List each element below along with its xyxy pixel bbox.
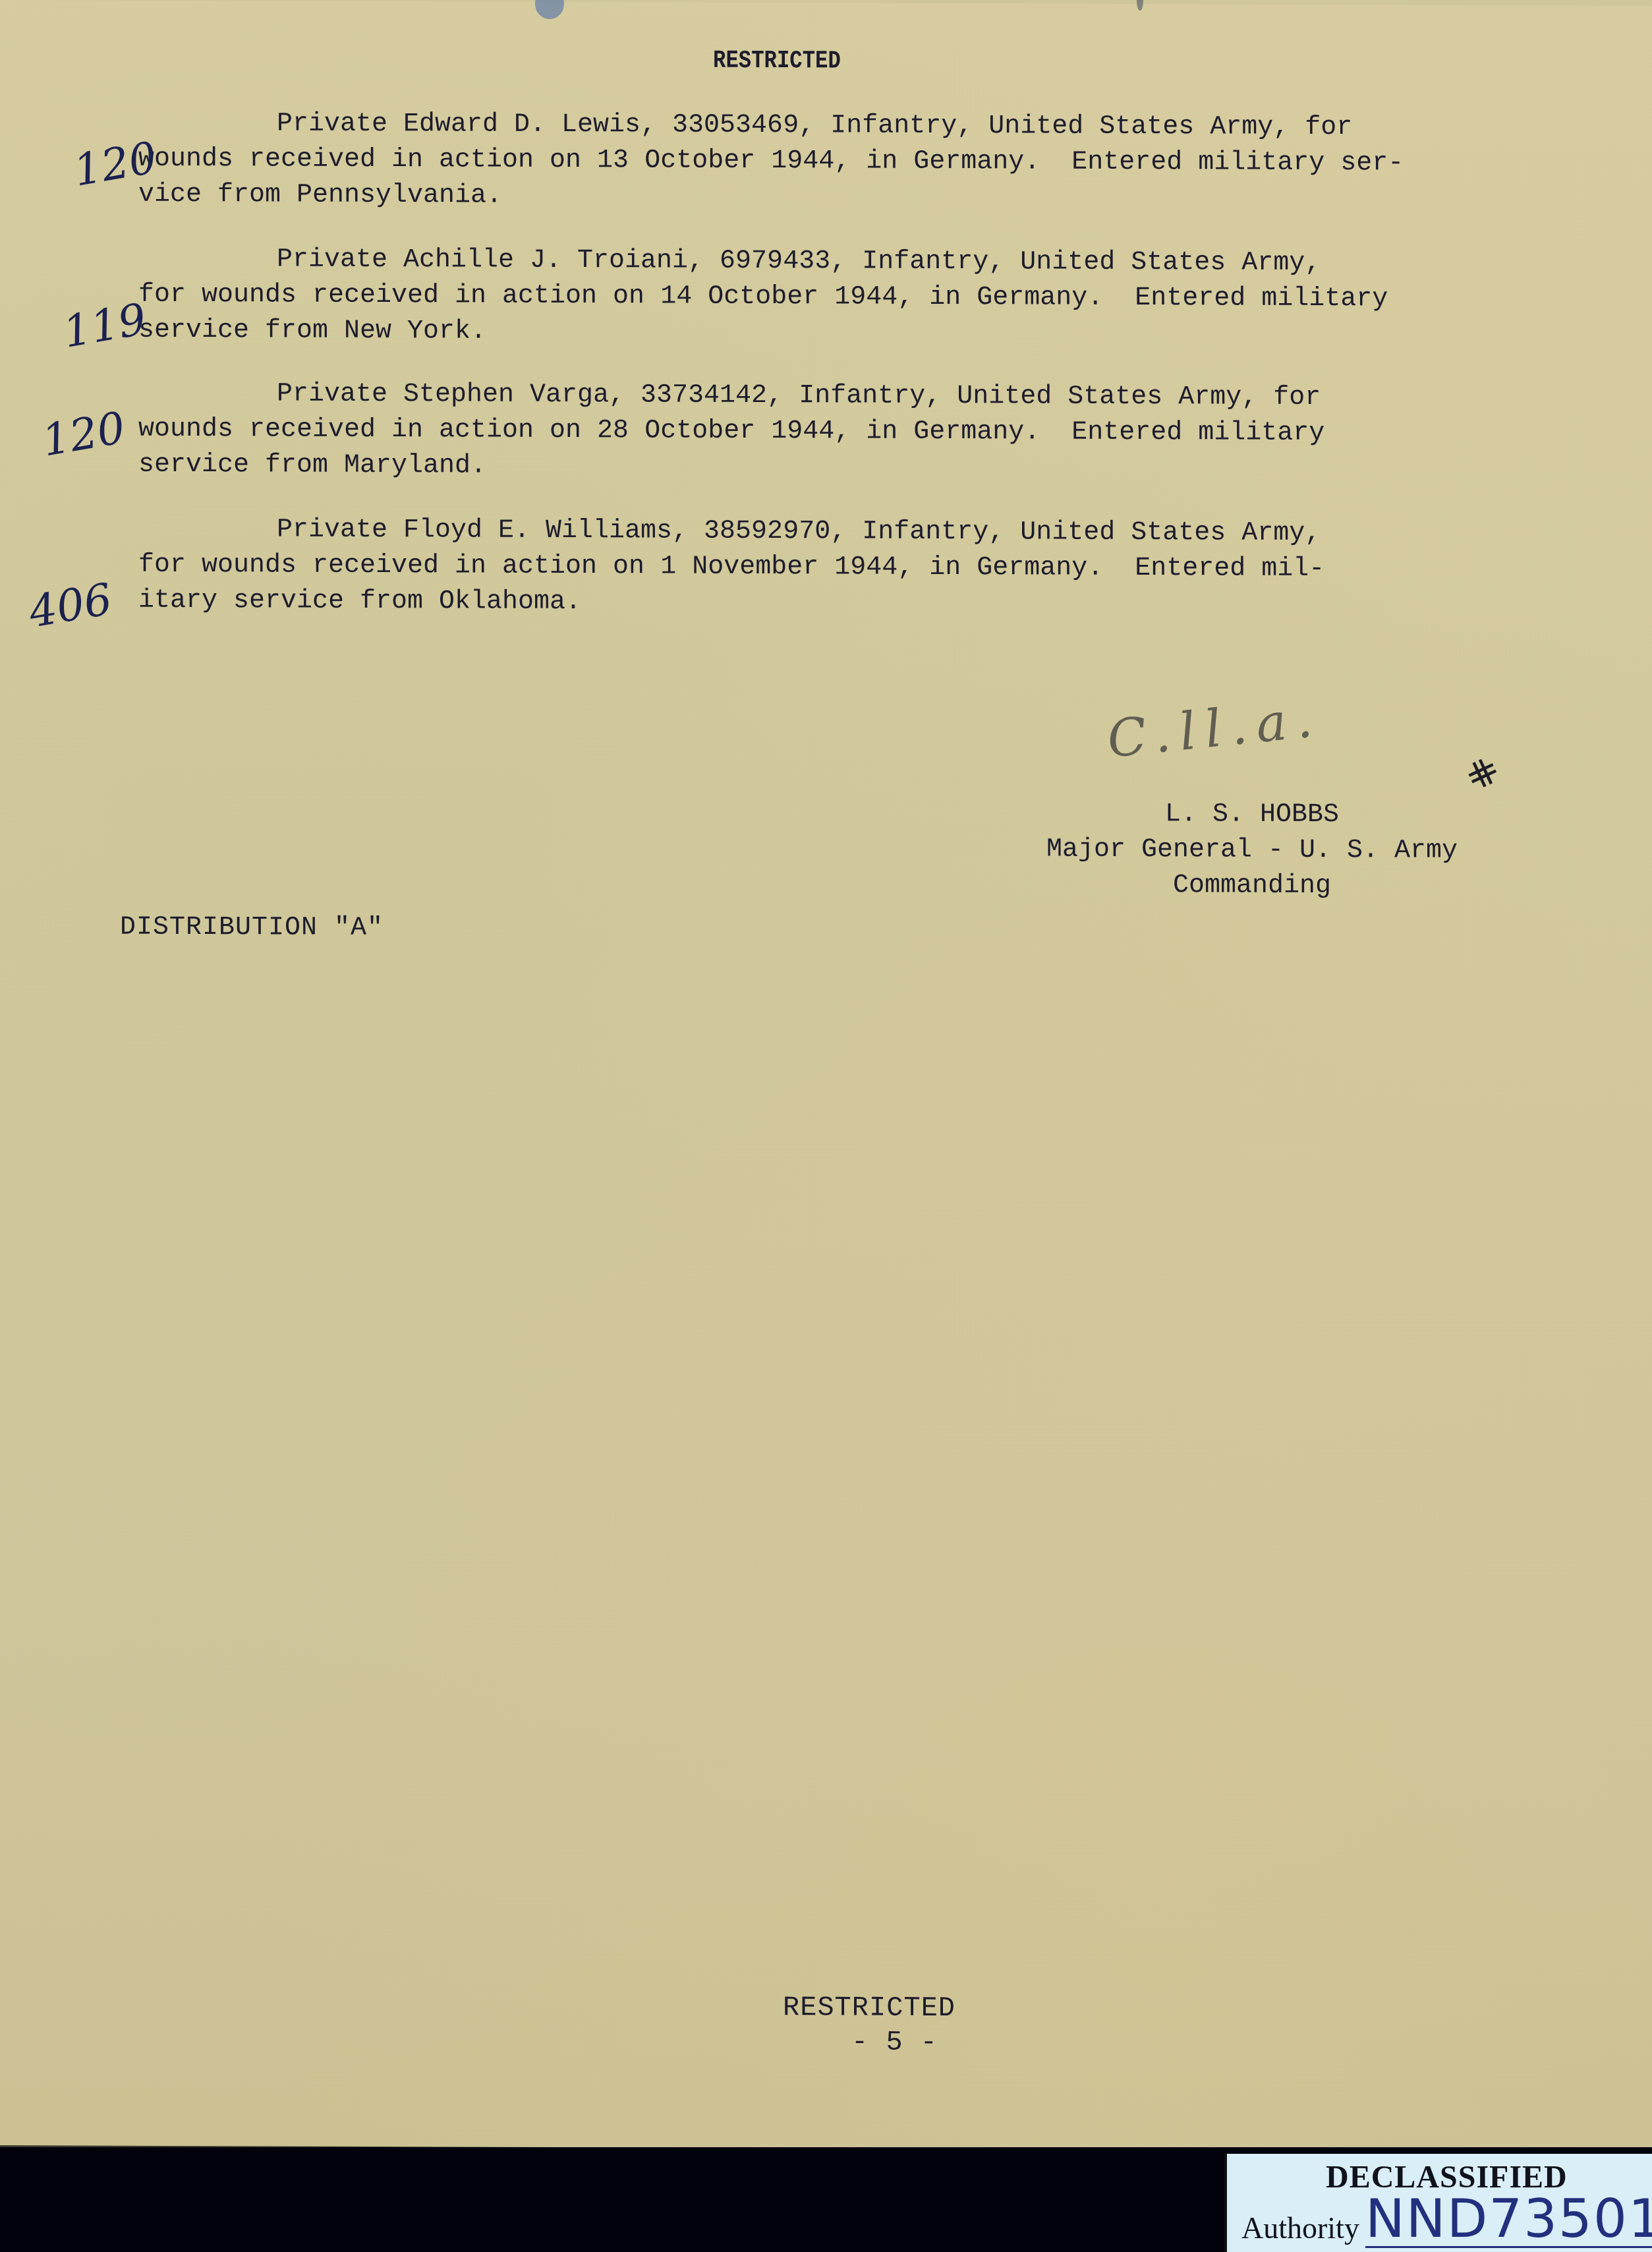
citation-line: Private Achille J. Troiani, 6979433, Inf… — [138, 242, 1555, 283]
citation-line: itary service from Oklahoma. — [138, 583, 1555, 624]
authority-label: Authority — [1241, 2210, 1359, 2245]
citation-line: wounds received in action on 13 October … — [138, 142, 1555, 183]
citation-line: Private Floyd E. Williams, 38592970, Inf… — [138, 512, 1555, 553]
authentication-mark-icon: ⨳ — [1460, 743, 1504, 803]
footer-classification-marking: RESTRICTED — [783, 1990, 955, 2026]
signature-block: L. S. HOBBS Major General - U. S. Army C… — [1008, 796, 1496, 905]
citation-line: Private Edward D. Lewis, 33053469, Infan… — [138, 106, 1555, 147]
citation-line: service from Maryland. — [138, 448, 1555, 488]
document-page: RESTRICTED Private Edward D. Lewis, 3305… — [0, 0, 1652, 2155]
citation-paragraph: Private Stephen Varga, 33734142, Infantr… — [138, 376, 1555, 488]
citation-line: Private Stephen Varga, 33734142, Infantr… — [138, 376, 1555, 417]
margin-annotation: 406 — [25, 573, 115, 637]
page-number: - 5 - — [851, 2025, 938, 2060]
handwritten-signature: C.ll.a. — [1104, 689, 1324, 769]
margin-annotation: 119 — [59, 293, 150, 357]
signatory-name: L. S. HOBBS — [1008, 796, 1496, 834]
citation-line: wounds received in action on 28 October … — [138, 412, 1555, 453]
distribution-line: DISTRIBUTION "A" — [120, 910, 384, 946]
signatory-rank: Major General - U. S. Army — [1008, 832, 1496, 869]
citation-line: for wounds received in action on 1 Novem… — [138, 548, 1555, 589]
citation-line: service from New York. — [138, 313, 1555, 354]
citation-paragraph: Private Floyd E. Williams, 38592970, Inf… — [138, 512, 1555, 624]
citation-paragraph: Private Edward D. Lewis, 33053469, Infan… — [138, 106, 1555, 218]
signatory-role: Commanding — [1008, 867, 1496, 905]
margin-annotation: 120 — [38, 402, 128, 466]
authority-value: NND735017 — [1365, 2192, 1652, 2248]
punch-hole — [1137, 0, 1143, 11]
citation-line: vice from Pennsylvania. — [138, 177, 1555, 218]
punch-hole — [535, 0, 564, 19]
citation-line: for wounds received in action on 14 Octo… — [138, 277, 1555, 318]
declassification-stamp: DECLASSIFIED Authority NND735017 — [1224, 2154, 1652, 2252]
header-classification-marking: RESTRICTED — [713, 43, 841, 80]
citation-paragraph: Private Achille J. Troiani, 6979433, Inf… — [138, 242, 1555, 354]
